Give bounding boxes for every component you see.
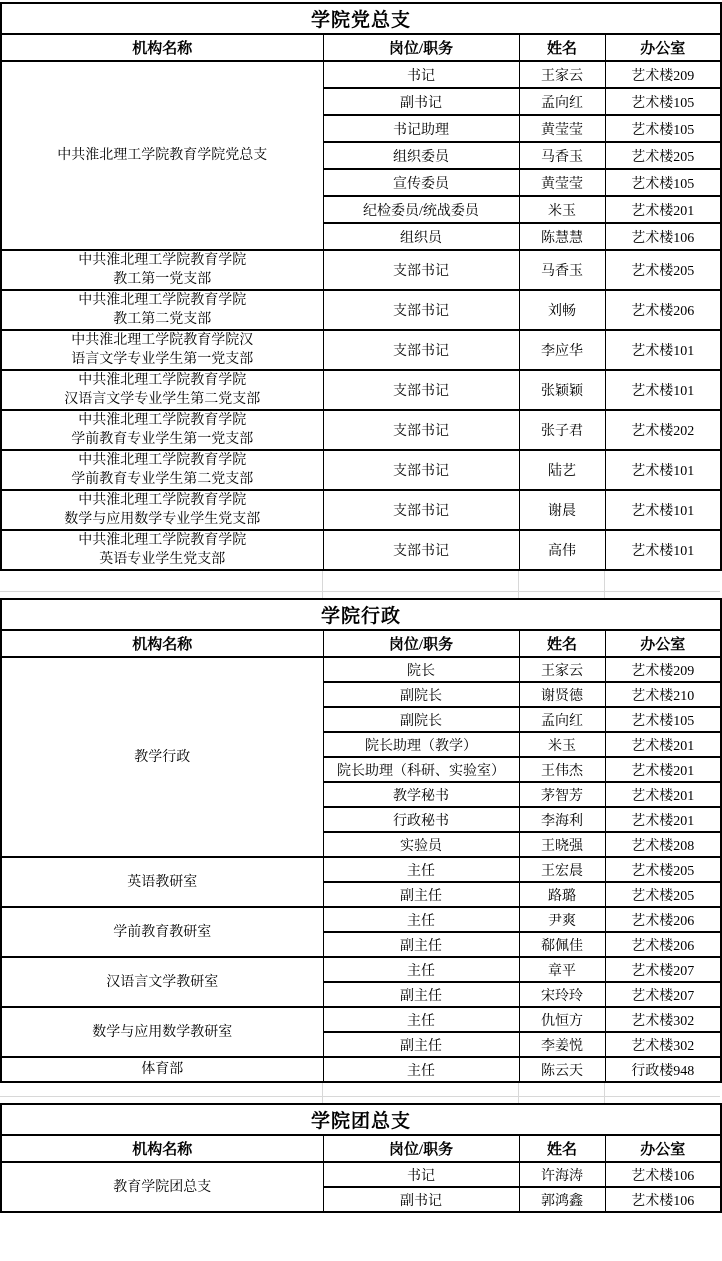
- org-table-2: 学院团总支机构名称岗位/职务姓名办公室教育学院团总支书记许海涛艺术楼106副书记…: [0, 1103, 722, 1213]
- name-cell: 孟向红: [519, 707, 605, 732]
- position-cell: 副院长: [323, 682, 519, 707]
- position-cell: 纪检委员/统战委员: [323, 196, 519, 223]
- table-title: 学院党总支: [1, 3, 721, 34]
- name-cell: 章平: [519, 957, 605, 982]
- office-cell: 艺术楼205: [605, 857, 721, 882]
- table-row: 中共淮北理工学院教育学院党总支书记王家云艺术楼209: [1, 61, 721, 88]
- org-name-cell: 中共淮北理工学院教育学院数学与应用数学专业学生党支部: [1, 490, 323, 530]
- office-cell: 艺术楼106: [605, 1187, 721, 1212]
- col-header-3: 办公室: [605, 1135, 721, 1162]
- table-row: 中共淮北理工学院教育学院教工第二党支部支部书记刘畅艺术楼206: [1, 290, 721, 330]
- col-header-3: 办公室: [605, 630, 721, 657]
- position-cell: 主任: [323, 957, 519, 982]
- org-name-line: 学前教育专业学生第二党支部: [4, 470, 321, 489]
- table-row: 中共淮北理工学院教育学院英语专业学生党支部支部书记高伟艺术楼101: [1, 530, 721, 570]
- org-name-line: 教育学院团总支: [4, 1178, 321, 1197]
- office-cell: 艺术楼201: [605, 782, 721, 807]
- org-table-1: 学院行政机构名称岗位/职务姓名办公室教学行政院长王家云艺术楼209副院长谢贤德艺…: [0, 598, 722, 1083]
- org-name-line: 学前教育专业学生第一党支部: [4, 430, 321, 449]
- name-cell: 张颖颖: [519, 370, 605, 410]
- name-cell: 马香玉: [519, 142, 605, 169]
- office-cell: 艺术楼106: [605, 1162, 721, 1187]
- name-cell: 张子君: [519, 410, 605, 450]
- table-row: 英语教研室主任王宏晨艺术楼205: [1, 857, 721, 882]
- office-cell: 艺术楼210: [605, 682, 721, 707]
- col-header-1: 岗位/职务: [323, 34, 519, 61]
- org-name-line: 体育部: [4, 1060, 321, 1079]
- table-title: 学院团总支: [1, 1104, 721, 1135]
- office-cell: 艺术楼302: [605, 1032, 721, 1057]
- name-cell: 王宏晨: [519, 857, 605, 882]
- org-name-cell: 英语教研室: [1, 857, 323, 907]
- table-row: 汉语言文学教研室主任章平艺术楼207: [1, 957, 721, 982]
- position-cell: 支部书记: [323, 370, 519, 410]
- name-cell: 郭鸿鑫: [519, 1187, 605, 1212]
- position-cell: 宣传委员: [323, 169, 519, 196]
- position-cell: 副院长: [323, 707, 519, 732]
- position-cell: 院长助理（教学）: [323, 732, 519, 757]
- col-header-2: 姓名: [519, 630, 605, 657]
- name-cell: 陈云天: [519, 1057, 605, 1082]
- position-cell: 支部书记: [323, 530, 519, 570]
- name-cell: 路璐: [519, 882, 605, 907]
- org-name-line: 中共淮北理工学院教育学院: [4, 371, 321, 390]
- col-header-1: 岗位/职务: [323, 630, 519, 657]
- office-cell: 艺术楼106: [605, 223, 721, 250]
- office-cell: 艺术楼208: [605, 832, 721, 857]
- org-name-cell: 中共淮北理工学院教育学院教工第二党支部: [1, 290, 323, 330]
- col-header-3: 办公室: [605, 34, 721, 61]
- org-name-line: 数学与应用数学专业学生党支部: [4, 510, 321, 529]
- position-cell: 副主任: [323, 882, 519, 907]
- office-cell: 艺术楼207: [605, 982, 721, 1007]
- org-name-line: 汉语言文学专业学生第二党支部: [4, 390, 321, 409]
- org-name-cell: 学前教育教研室: [1, 907, 323, 957]
- office-cell: 艺术楼206: [605, 290, 721, 330]
- office-cell: 艺术楼207: [605, 957, 721, 982]
- col-header-2: 姓名: [519, 34, 605, 61]
- org-name-line: 中共淮北理工学院教育学院: [4, 451, 321, 470]
- table-row: 中共淮北理工学院教育学院数学与应用数学专业学生党支部支部书记谢晨艺术楼101: [1, 490, 721, 530]
- org-name-line: 中共淮北理工学院教育学院汉: [4, 331, 321, 350]
- position-cell: 书记助理: [323, 115, 519, 142]
- org-name-cell: 中共淮北理工学院教育学院英语专业学生党支部: [1, 530, 323, 570]
- column-header-row: 机构名称岗位/职务姓名办公室: [1, 630, 721, 657]
- name-cell: 黄莹莹: [519, 115, 605, 142]
- office-cell: 艺术楼101: [605, 450, 721, 490]
- office-cell: 行政楼948: [605, 1057, 721, 1082]
- org-name-line: 中共淮北理工学院教育学院: [4, 251, 321, 270]
- table-row: 中共淮北理工学院教育学院学前教育专业学生第一党支部支部书记张子君艺术楼202: [1, 410, 721, 450]
- position-cell: 书记: [323, 1162, 519, 1187]
- name-cell: 茅智芳: [519, 782, 605, 807]
- org-name-line: 教工第二党支部: [4, 310, 321, 329]
- position-cell: 支部书记: [323, 330, 519, 370]
- name-cell: 李应华: [519, 330, 605, 370]
- spreadsheet: 学院党总支机构名称岗位/职务姓名办公室中共淮北理工学院教育学院党总支书记王家云艺…: [0, 0, 722, 1213]
- org-name-cell: 数学与应用数学教研室: [1, 1007, 323, 1057]
- name-cell: 黄莹莹: [519, 169, 605, 196]
- name-cell: 尹爽: [519, 907, 605, 932]
- name-cell: 李海利: [519, 807, 605, 832]
- position-cell: 实验员: [323, 832, 519, 857]
- org-name-line: 中共淮北理工学院教育学院: [4, 411, 321, 430]
- office-cell: 艺术楼101: [605, 530, 721, 570]
- office-cell: 艺术楼209: [605, 657, 721, 682]
- name-cell: 陈慧慧: [519, 223, 605, 250]
- position-cell: 副主任: [323, 1032, 519, 1057]
- name-cell: 王家云: [519, 61, 605, 88]
- position-cell: 书记: [323, 61, 519, 88]
- office-cell: 艺术楼101: [605, 330, 721, 370]
- table-row: 中共淮北理工学院教育学院学前教育专业学生第二党支部支部书记陆艺艺术楼101: [1, 450, 721, 490]
- name-cell: 谢晨: [519, 490, 605, 530]
- org-name-line: 数学与应用数学教研室: [4, 1023, 321, 1042]
- office-cell: 艺术楼202: [605, 410, 721, 450]
- table-row: 中共淮北理工学院教育学院汉语言文学专业学生第一党支部支部书记李应华艺术楼101: [1, 330, 721, 370]
- office-cell: 艺术楼201: [605, 807, 721, 832]
- position-cell: 组织委员: [323, 142, 519, 169]
- position-cell: 行政秘书: [323, 807, 519, 832]
- office-cell: 艺术楼105: [605, 169, 721, 196]
- office-cell: 艺术楼205: [605, 882, 721, 907]
- office-cell: 艺术楼206: [605, 932, 721, 957]
- position-cell: 主任: [323, 1057, 519, 1082]
- org-name-cell: 中共淮北理工学院教育学院党总支: [1, 61, 323, 250]
- table-row: 数学与应用数学教研室主任仇恒方艺术楼302: [1, 1007, 721, 1032]
- org-name-line: 语言文学专业学生第一党支部: [4, 350, 321, 369]
- office-cell: 艺术楼105: [605, 88, 721, 115]
- col-header-0: 机构名称: [1, 630, 323, 657]
- position-cell: 副书记: [323, 88, 519, 115]
- org-table-0: 学院党总支机构名称岗位/职务姓名办公室中共淮北理工学院教育学院党总支书记王家云艺…: [0, 2, 722, 571]
- name-cell: 仇恒方: [519, 1007, 605, 1032]
- table-title-row: 学院党总支: [1, 3, 721, 34]
- org-name-cell: 汉语言文学教研室: [1, 957, 323, 1007]
- office-cell: 艺术楼302: [605, 1007, 721, 1032]
- table-row: 教学行政院长王家云艺术楼209: [1, 657, 721, 682]
- office-cell: 艺术楼105: [605, 115, 721, 142]
- org-name-line: 学前教育教研室: [4, 923, 321, 942]
- name-cell: 许海涛: [519, 1162, 605, 1187]
- name-cell: 李姜悦: [519, 1032, 605, 1057]
- org-name-cell: 教育学院团总支: [1, 1162, 323, 1212]
- name-cell: 王晓强: [519, 832, 605, 857]
- position-cell: 主任: [323, 857, 519, 882]
- table-row: 教育学院团总支书记许海涛艺术楼106: [1, 1162, 721, 1187]
- name-cell: 马香玉: [519, 250, 605, 290]
- table-title: 学院行政: [1, 599, 721, 630]
- office-cell: 艺术楼209: [605, 61, 721, 88]
- col-header-0: 机构名称: [1, 34, 323, 61]
- org-name-line: 汉语言文学教研室: [4, 973, 321, 992]
- table-row: 中共淮北理工学院教育学院汉语言文学专业学生第二党支部支部书记张颖颖艺术楼101: [1, 370, 721, 410]
- org-name-line: 教工第一党支部: [4, 270, 321, 289]
- position-cell: 支部书记: [323, 410, 519, 450]
- col-header-2: 姓名: [519, 1135, 605, 1162]
- position-cell: 教学秘书: [323, 782, 519, 807]
- position-cell: 支部书记: [323, 450, 519, 490]
- col-header-1: 岗位/职务: [323, 1135, 519, 1162]
- position-cell: 主任: [323, 907, 519, 932]
- name-cell: 宋玲玲: [519, 982, 605, 1007]
- org-name-cell: 中共淮北理工学院教育学院学前教育专业学生第一党支部: [1, 410, 323, 450]
- column-header-row: 机构名称岗位/职务姓名办公室: [1, 34, 721, 61]
- table-gap: [0, 1083, 720, 1103]
- org-name-line: 中共淮北理工学院教育学院: [4, 291, 321, 310]
- table-gap: [0, 571, 720, 598]
- office-cell: 艺术楼201: [605, 757, 721, 782]
- position-cell: 支部书记: [323, 490, 519, 530]
- name-cell: 陆艺: [519, 450, 605, 490]
- name-cell: 谢贤德: [519, 682, 605, 707]
- org-name-cell: 教学行政: [1, 657, 323, 857]
- table-row: 学前教育教研室主任尹爽艺术楼206: [1, 907, 721, 932]
- name-cell: 米玉: [519, 732, 605, 757]
- name-cell: 刘畅: [519, 290, 605, 330]
- org-name-line: 英语专业学生党支部: [4, 550, 321, 569]
- table-row: 体育部主任陈云天行政楼948: [1, 1057, 721, 1082]
- position-cell: 组织员: [323, 223, 519, 250]
- org-name-line: 中共淮北理工学院教育学院: [4, 531, 321, 550]
- position-cell: 支部书记: [323, 250, 519, 290]
- office-cell: 艺术楼201: [605, 732, 721, 757]
- name-cell: 王伟杰: [519, 757, 605, 782]
- office-cell: 艺术楼201: [605, 196, 721, 223]
- office-cell: 艺术楼206: [605, 907, 721, 932]
- org-name-cell: 中共淮北理工学院教育学院学前教育专业学生第二党支部: [1, 450, 323, 490]
- org-name-line: 教学行政: [4, 748, 321, 767]
- org-name-cell: 体育部: [1, 1057, 323, 1082]
- position-cell: 院长助理（科研、实验室）: [323, 757, 519, 782]
- position-cell: 支部书记: [323, 290, 519, 330]
- position-cell: 主任: [323, 1007, 519, 1032]
- column-header-row: 机构名称岗位/职务姓名办公室: [1, 1135, 721, 1162]
- office-cell: 艺术楼101: [605, 490, 721, 530]
- office-cell: 艺术楼105: [605, 707, 721, 732]
- name-cell: 米玉: [519, 196, 605, 223]
- org-name-cell: 中共淮北理工学院教育学院汉语言文学专业学生第一党支部: [1, 330, 323, 370]
- name-cell: 郗佩佳: [519, 932, 605, 957]
- col-header-0: 机构名称: [1, 1135, 323, 1162]
- office-cell: 艺术楼205: [605, 250, 721, 290]
- position-cell: 副主任: [323, 982, 519, 1007]
- position-cell: 副主任: [323, 932, 519, 957]
- name-cell: 孟向红: [519, 88, 605, 115]
- org-name-line: 英语教研室: [4, 873, 321, 892]
- table-title-row: 学院行政: [1, 599, 721, 630]
- table-row: 中共淮北理工学院教育学院教工第一党支部支部书记马香玉艺术楼205: [1, 250, 721, 290]
- position-cell: 院长: [323, 657, 519, 682]
- org-name-cell: 中共淮北理工学院教育学院教工第一党支部: [1, 250, 323, 290]
- office-cell: 艺术楼205: [605, 142, 721, 169]
- tables-root: 学院党总支机构名称岗位/职务姓名办公室中共淮北理工学院教育学院党总支书记王家云艺…: [0, 2, 722, 1213]
- org-name-line: 中共淮北理工学院教育学院: [4, 491, 321, 510]
- name-cell: 王家云: [519, 657, 605, 682]
- name-cell: 高伟: [519, 530, 605, 570]
- position-cell: 副书记: [323, 1187, 519, 1212]
- org-name-line: 中共淮北理工学院教育学院党总支: [4, 146, 321, 165]
- table-title-row: 学院团总支: [1, 1104, 721, 1135]
- org-name-cell: 中共淮北理工学院教育学院汉语言文学专业学生第二党支部: [1, 370, 323, 410]
- office-cell: 艺术楼101: [605, 370, 721, 410]
